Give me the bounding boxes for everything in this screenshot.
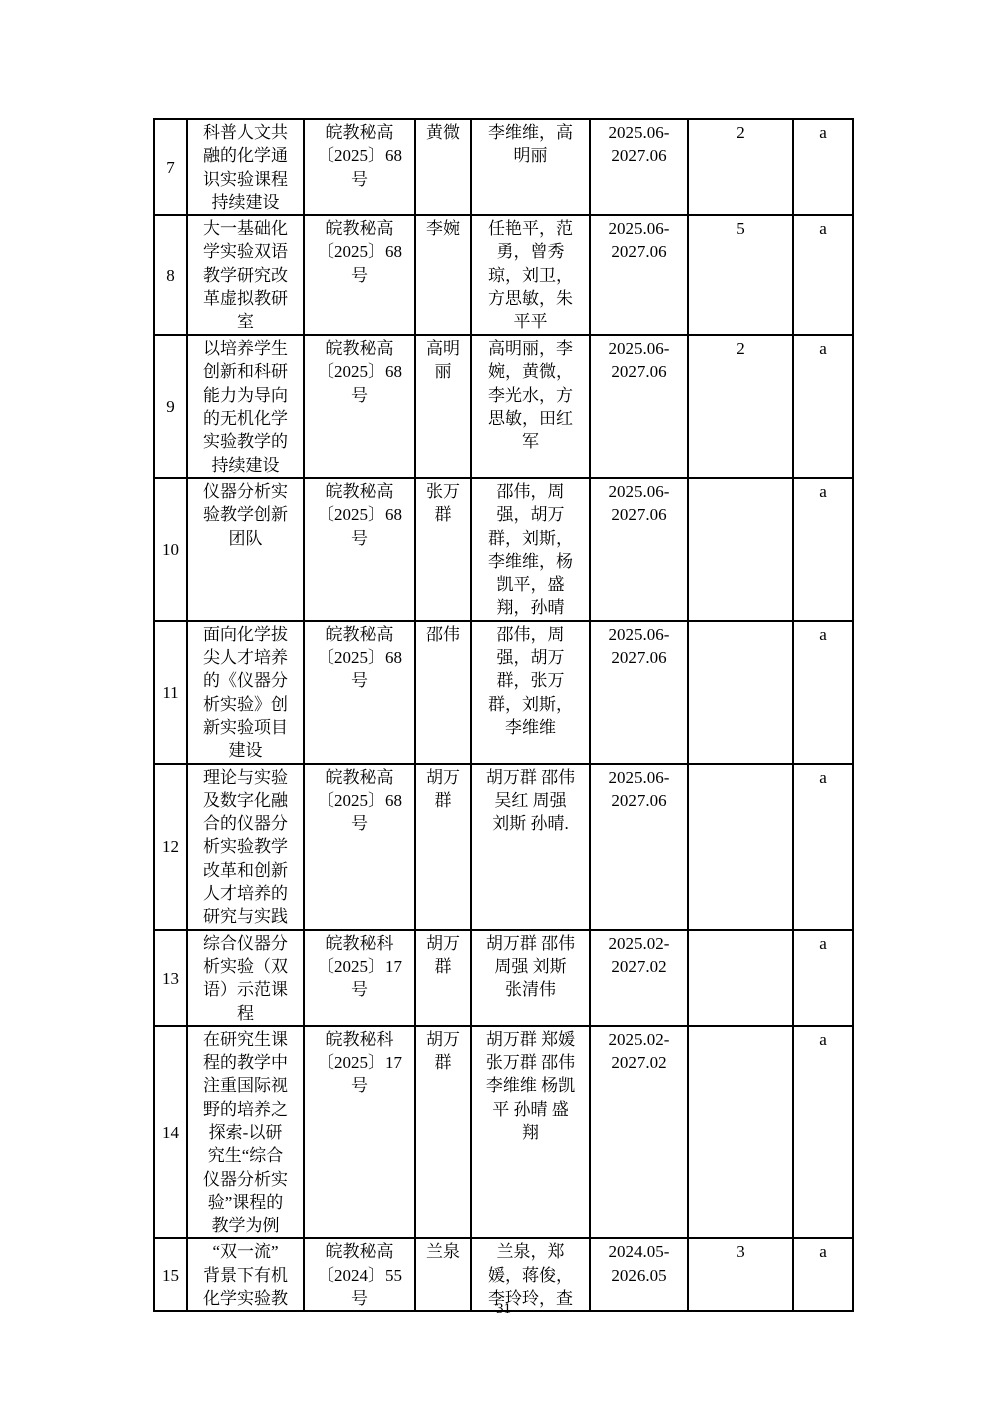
project-members-cell: 胡万群 郑媛 张万群 邵伟 李维维 杨凯 平 孙晴 盛 翔 [471, 1026, 590, 1239]
page-number: 31 [0, 1299, 1007, 1319]
project-period-cell: 2025.02- 2027.02 [590, 1026, 688, 1239]
table-row: 13综合仪器分 析实验（双 语）示范课 程皖教秘科 〔2025〕17 号胡万 群… [154, 930, 853, 1026]
row-number-cell: 10 [154, 478, 187, 621]
approval-doc-number-cell: 皖教秘高 〔2025〕68 号 [304, 119, 415, 215]
table-row: 14在研究生课 程的教学中 注重国际视 野的培养之 探索-以研 究生“综合 仪器… [154, 1026, 853, 1239]
project-title-cell: 综合仪器分 析实验（双 语）示范课 程 [187, 930, 304, 1026]
project-members-cell: 胡万群 邵伟 吴红 周强 刘斯 孙晴. [471, 764, 590, 930]
project-members-cell: 李维维，高 明丽 [471, 119, 590, 215]
project-mark-cell: a [793, 764, 853, 930]
project-count-cell: 2 [688, 119, 793, 215]
approval-doc-number-cell: 皖教秘高 〔2025〕68 号 [304, 764, 415, 930]
projects-table: 7科普人文共 融的化学通 识实验课程 持续建设皖教秘高 〔2025〕68 号黄微… [153, 118, 854, 1312]
row-number-cell: 11 [154, 621, 187, 764]
project-count-cell: 5 [688, 215, 793, 335]
project-mark-cell: a [793, 930, 853, 1026]
project-period-cell: 2025.06- 2027.06 [590, 478, 688, 621]
table-row: 7科普人文共 融的化学通 识实验课程 持续建设皖教秘高 〔2025〕68 号黄微… [154, 119, 853, 215]
project-count-cell [688, 1026, 793, 1239]
project-leader-cell: 高明 丽 [415, 335, 471, 478]
approval-doc-number-cell: 皖教秘高 〔2025〕68 号 [304, 478, 415, 621]
table-row: 10仪器分析实 验教学创新 团队皖教秘高 〔2025〕68 号张万 群邵伟，周 … [154, 478, 853, 621]
approval-doc-number-cell: 皖教秘科 〔2025〕17 号 [304, 930, 415, 1026]
project-members-cell: 任艳平，范 勇，曾秀 琼，刘卫， 方思敏，朱 平平 [471, 215, 590, 335]
project-mark-cell: a [793, 215, 853, 335]
project-count-cell [688, 930, 793, 1026]
project-period-cell: 2025.06- 2027.06 [590, 119, 688, 215]
project-leader-cell: 张万 群 [415, 478, 471, 621]
row-number-cell: 9 [154, 335, 187, 478]
project-title-cell: 在研究生课 程的教学中 注重国际视 野的培养之 探索-以研 究生“综合 仪器分析… [187, 1026, 304, 1239]
table-row: 8大一基础化 学实验双语 教学研究改 革虚拟教研 室皖教秘高 〔2025〕68 … [154, 215, 853, 335]
project-mark-cell: a [793, 119, 853, 215]
project-title-cell: 科普人文共 融的化学通 识实验课程 持续建设 [187, 119, 304, 215]
table-row: 12理论与实验 及数字化融 合的仪器分 析实验教学 改革和创新 人才培养的 研究… [154, 764, 853, 930]
project-title-cell: 以培养学生 创新和科研 能力为导向 的无机化学 实验教学的 持续建设 [187, 335, 304, 478]
project-leader-cell: 李婉 [415, 215, 471, 335]
project-leader-cell: 邵伟 [415, 621, 471, 764]
project-mark-cell: a [793, 1026, 853, 1239]
project-period-cell: 2025.06- 2027.06 [590, 215, 688, 335]
project-period-cell: 2025.06- 2027.06 [590, 621, 688, 764]
approval-doc-number-cell: 皖教秘科 〔2025〕17 号 [304, 1026, 415, 1239]
project-members-cell: 胡万群 邵伟 周强 刘斯 张清伟 [471, 930, 590, 1026]
project-period-cell: 2025.06- 2027.06 [590, 335, 688, 478]
project-title-cell: 仪器分析实 验教学创新 团队 [187, 478, 304, 621]
project-members-cell: 邵伟，周 强，胡万 群，刘斯， 李维维，杨 凯平，盛 翔，孙晴 [471, 478, 590, 621]
project-mark-cell: a [793, 335, 853, 478]
row-number-cell: 14 [154, 1026, 187, 1239]
project-count-cell [688, 764, 793, 930]
project-count-cell [688, 478, 793, 621]
approval-doc-number-cell: 皖教秘高 〔2025〕68 号 [304, 335, 415, 478]
project-count-cell [688, 621, 793, 764]
approval-doc-number-cell: 皖教秘高 〔2025〕68 号 [304, 621, 415, 764]
approval-doc-number-cell: 皖教秘高 〔2025〕68 号 [304, 215, 415, 335]
table-row: 11面向化学拔 尖人才培养 的《仪器分 析实验》创 新实验项目 建设皖教秘高 〔… [154, 621, 853, 764]
project-period-cell: 2025.02- 2027.02 [590, 930, 688, 1026]
row-number-cell: 13 [154, 930, 187, 1026]
table-row: 9以培养学生 创新和科研 能力为导向 的无机化学 实验教学的 持续建设皖教秘高 … [154, 335, 853, 478]
project-leader-cell: 黄微 [415, 119, 471, 215]
project-mark-cell: a [793, 621, 853, 764]
project-members-cell: 邵伟，周 强，胡万 群，张万 群，刘斯， 李维维 [471, 621, 590, 764]
projects-table-body: 7科普人文共 融的化学通 识实验课程 持续建设皖教秘高 〔2025〕68 号黄微… [154, 119, 853, 1311]
row-number-cell: 12 [154, 764, 187, 930]
project-mark-cell: a [793, 478, 853, 621]
project-count-cell: 2 [688, 335, 793, 478]
project-title-cell: 理论与实验 及数字化融 合的仪器分 析实验教学 改革和创新 人才培养的 研究与实… [187, 764, 304, 930]
project-leader-cell: 胡万 群 [415, 1026, 471, 1239]
document-page: 7科普人文共 融的化学通 识实验课程 持续建设皖教秘高 〔2025〕68 号黄微… [0, 0, 1007, 1424]
project-period-cell: 2025.06- 2027.06 [590, 764, 688, 930]
project-leader-cell: 胡万 群 [415, 930, 471, 1026]
project-members-cell: 高明丽，李 婉，黄微， 李光水，方 思敏，田红 军 [471, 335, 590, 478]
project-title-cell: 面向化学拔 尖人才培养 的《仪器分 析实验》创 新实验项目 建设 [187, 621, 304, 764]
row-number-cell: 7 [154, 119, 187, 215]
project-title-cell: 大一基础化 学实验双语 教学研究改 革虚拟教研 室 [187, 215, 304, 335]
project-leader-cell: 胡万 群 [415, 764, 471, 930]
row-number-cell: 8 [154, 215, 187, 335]
